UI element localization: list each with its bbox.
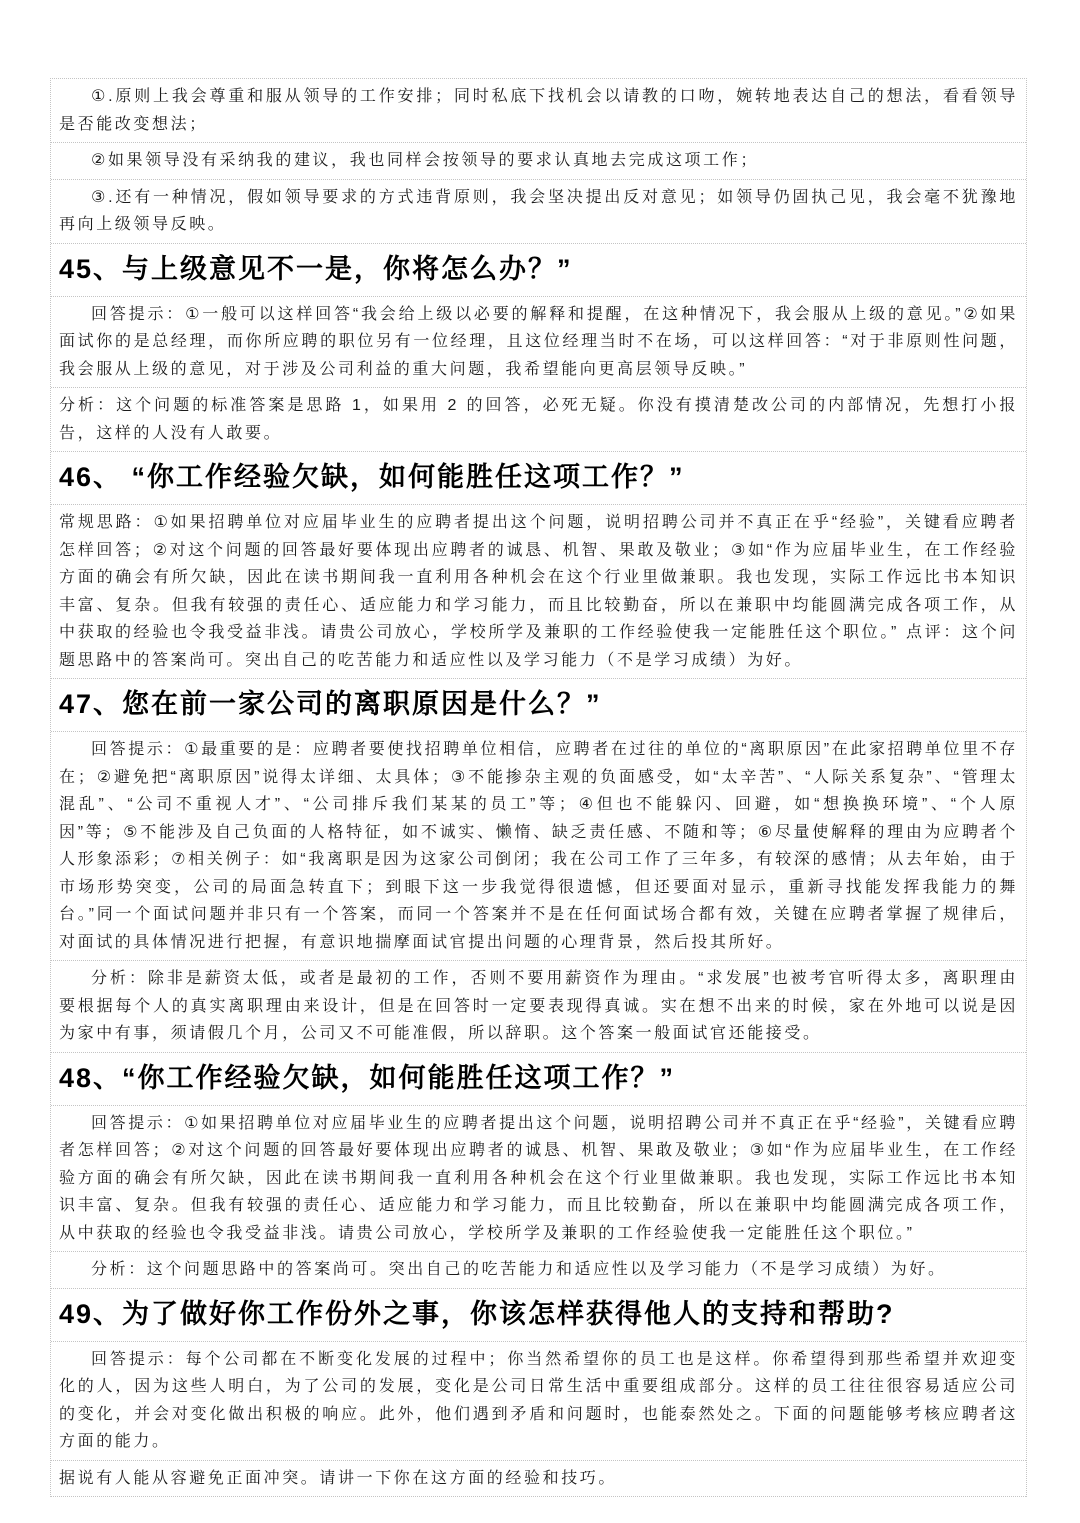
question-48-heading: 48、“你工作经验欠缺，如何能胜任这项工作？” bbox=[51, 1053, 1026, 1106]
question-47-heading: 47、您在前一家公司的离职原因是什么？” bbox=[51, 679, 1026, 732]
q47-analysis: 分析：除非是薪资太低，或者是最初的工作，否则不要用薪资作为理由。“求发展”也被考… bbox=[51, 961, 1026, 1053]
paragraph-point-3: ③.还有一种情况，假如领导要求的方式违背原则，我会坚决提出反对意见；如领导仍固执… bbox=[51, 180, 1026, 244]
closing-note: 据说有人能从容避免正面冲突。请讲一下你在这方面的经验和技巧。 bbox=[51, 1461, 1026, 1498]
question-49-heading: 49、为了做好你工作份外之事，你该怎样获得他人的支持和帮助? bbox=[51, 1289, 1026, 1342]
paragraph-point-1: ①.原则上我会尊重和服从领导的工作安排；同时私底下找机会以请教的口吻，婉转地表达… bbox=[51, 79, 1026, 143]
q47-answer-hint: 回答提示：①最重要的是：应聘者要使找招聘单位相信，应聘者在过往的单位的“离职原因… bbox=[51, 732, 1026, 961]
q48-answer-hint: 回答提示：①如果招聘单位对应届毕业生的应聘者提出这个问题，说明招聘公司并不真正在… bbox=[51, 1106, 1026, 1253]
question-46-heading: 46、 “你工作经验欠缺，如何能胜任这项工作？” bbox=[51, 452, 1026, 505]
q45-analysis: 分析：这个问题的标准答案是思路 1，如果用 2 的回答，必死无疑。你没有摸清楚改… bbox=[51, 388, 1026, 452]
q45-answer-hint: 回答提示：①一般可以这样回答“我会给上级以必要的解释和提醒，在这种情况下，我会服… bbox=[51, 297, 1026, 389]
q49-answer-hint: 回答提示：每个公司都在不断变化发展的过程中；你当然希望你的员工也是这样。你希望得… bbox=[51, 1342, 1026, 1461]
question-45-heading: 45、与上级意见不一是，你将怎么办？” bbox=[51, 244, 1026, 297]
interview-qa-document: ①.原则上我会尊重和服从领导的工作安排；同时私底下找机会以请教的口吻，婉转地表达… bbox=[50, 78, 1027, 1497]
paragraph-point-2: ②如果领导没有采纳我的建议，我也同样会按领导的要求认真地去完成这项工作； bbox=[51, 143, 1026, 180]
q48-analysis: 分析：这个问题思路中的答案尚可。突出自己的吃苦能力和适应性以及学习能力（不是学习… bbox=[51, 1252, 1026, 1289]
q46-approach: 常规思路：①如果招聘单位对应届毕业生的应聘者提出这个问题，说明招聘公司并不真正在… bbox=[51, 505, 1026, 679]
